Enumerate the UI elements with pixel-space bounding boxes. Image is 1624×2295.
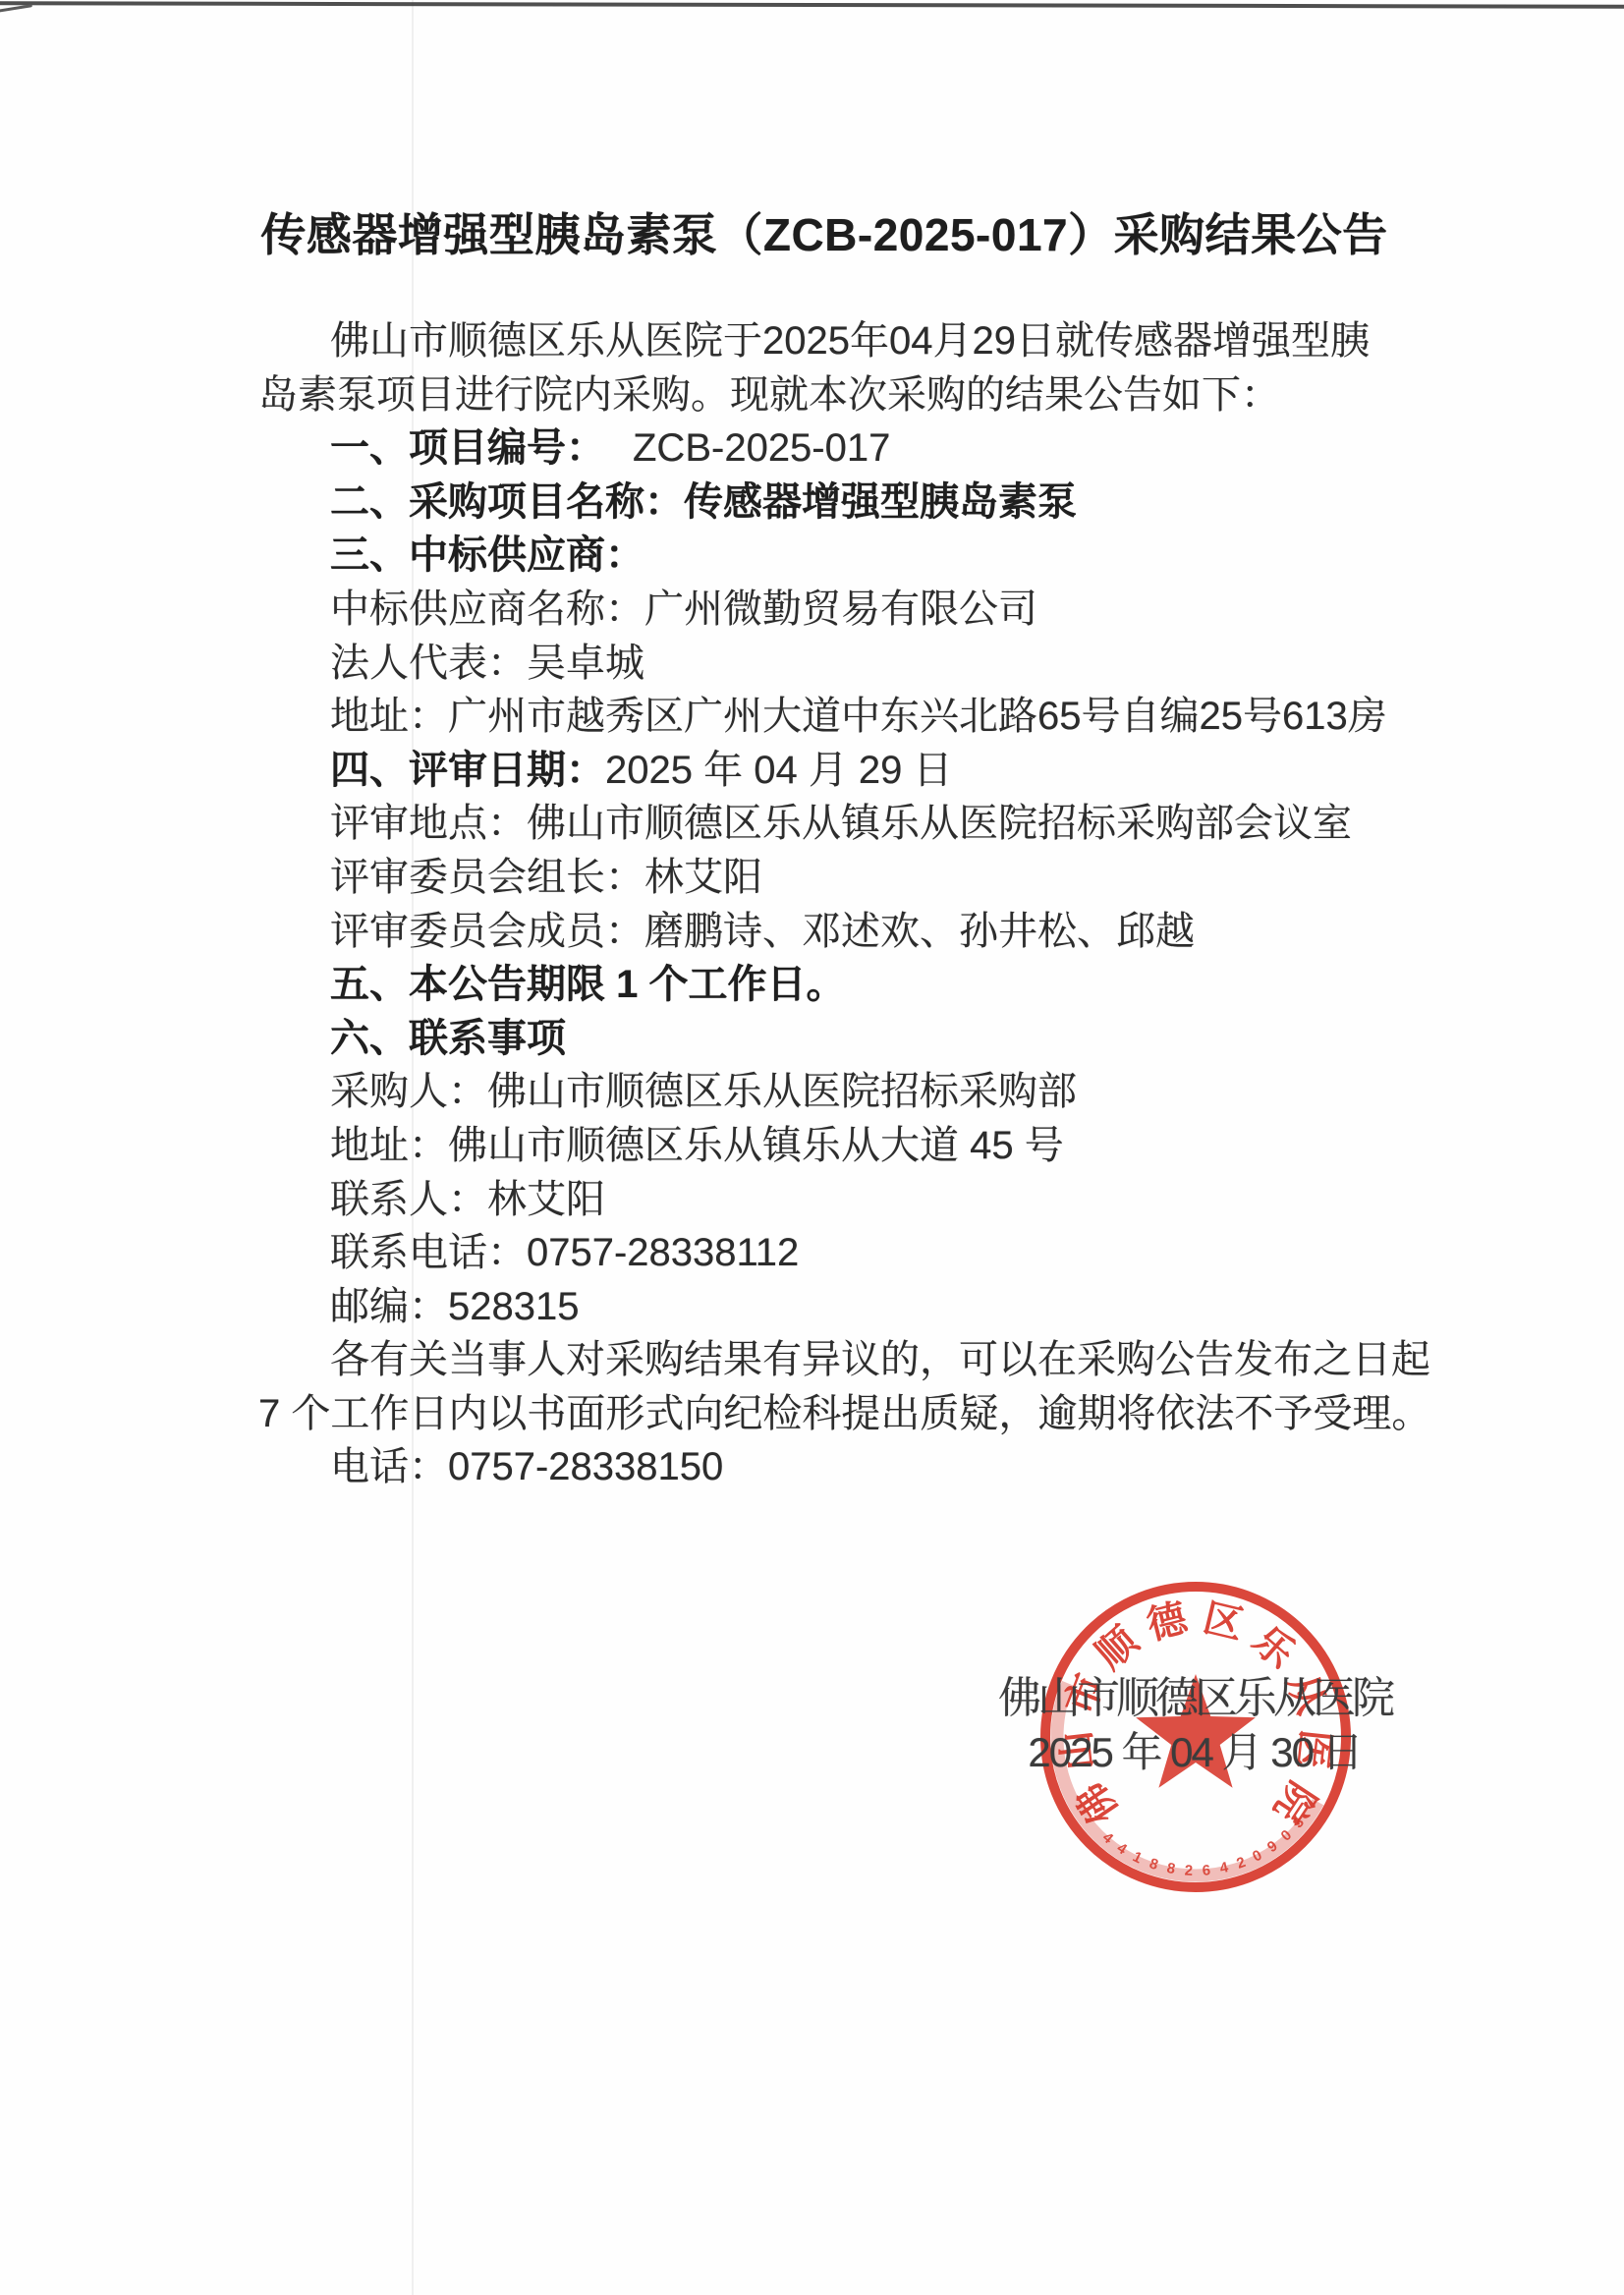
- doc-line: 岛素泵项目进行院内采购。现就本次采购的结果公告如下：: [258, 368, 1413, 422]
- doc-line: 评审委员会组长：林艾阳: [258, 851, 1413, 905]
- svg-text:2: 2: [1184, 1863, 1193, 1879]
- doc-line: 各有关当事人对采购结果有异议的，可以在采购公告发布之日起: [258, 1333, 1413, 1387]
- doc-line: 二、采购项目名称：传感器增强型胰岛素泵: [258, 476, 1413, 530]
- doc-line: 四、评审日期：2025 年 04 月 29 日: [258, 744, 1413, 798]
- doc-title: 传感器增强型胰岛素泵（ZCB-2025-017）采购结果公告: [258, 199, 1390, 264]
- doc-line: 法人代表：吴卓城: [258, 637, 1413, 691]
- signature-date: 2025 年 04 月 30 日: [986, 1725, 1403, 1779]
- scanned-document-page: 传感器增强型胰岛素泵（ZCB-2025-017）采购结果公告 佛山市顺德区乐从医…: [0, 0, 1624, 2295]
- doc-line: 联系电话：0757-28338112: [258, 1226, 1413, 1280]
- doc-line: 五、本公告期限 1 个工作日。: [258, 958, 1413, 1012]
- doc-line: 地址：佛山市顺德区乐从镇乐从大道 45 号: [258, 1119, 1413, 1173]
- doc-line: 六、联系事项: [258, 1012, 1413, 1066]
- svg-text:6: 6: [1202, 1862, 1211, 1879]
- scan-top-corner-line: [0, 4, 32, 13]
- doc-line: 7 个工作日内以书面形式向纪检科提出质疑，逾期将依法不予受理。: [258, 1387, 1413, 1441]
- doc-line: 电话：0757-28338150: [258, 1440, 1413, 1494]
- svg-text:德: 德: [1143, 1596, 1192, 1649]
- doc-body: 佛山市顺德区乐从医院于2025年04月29日就传感器增强型胰 岛素泵项目进行院内…: [258, 314, 1413, 1494]
- doc-line: 佛山市顺德区乐从医院于2025年04月29日就传感器增强型胰: [258, 314, 1413, 368]
- scan-top-edge-line: [0, 1, 1624, 8]
- signature-org: 佛山市顺德区乐从医院: [986, 1671, 1403, 1725]
- doc-line: 中标供应商名称：广州微勤贸易有限公司: [258, 583, 1413, 637]
- doc-line: 评审地点：佛山市顺德区乐从镇乐从医院招标采购部会议室: [258, 797, 1413, 851]
- signature-block: 佛山市顺德区乐从医院 2025 年 04 月 30 日: [986, 1671, 1403, 1779]
- doc-line: 邮编：528315: [258, 1280, 1413, 1334]
- doc-line: 联系人：林艾阳: [258, 1173, 1413, 1227]
- doc-line: 评审委员会成员：磨鹏诗、邓述欢、孙井松、邱越: [258, 905, 1413, 959]
- doc-line: 采购人：佛山市顺德区乐从医院招标采购部: [258, 1065, 1413, 1119]
- svg-text:区: 区: [1200, 1596, 1248, 1648]
- doc-line: 一、项目编号：ZCB-2025-017: [258, 421, 1413, 476]
- doc-line: 地址：广州市越秀区广州大道中东兴北路65号自编25号613房: [258, 690, 1413, 744]
- doc-line: 三、中标供应商：: [258, 529, 1413, 583]
